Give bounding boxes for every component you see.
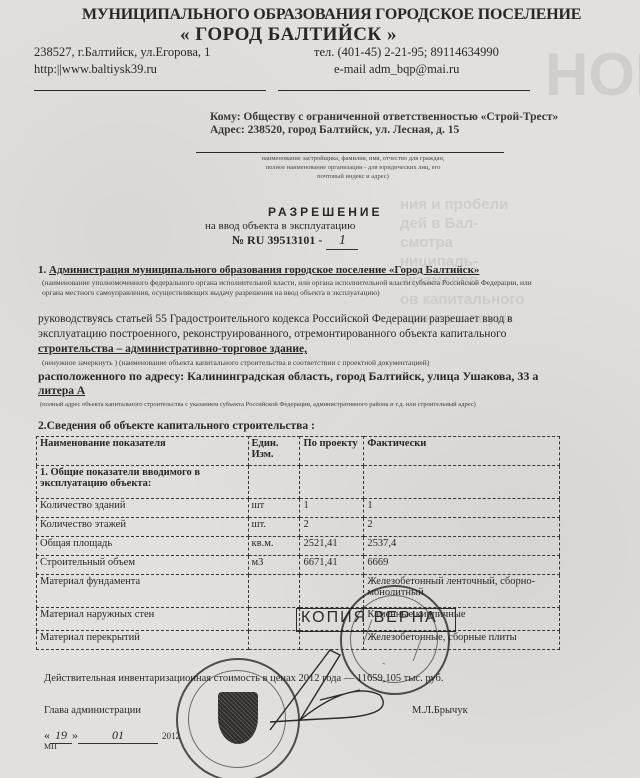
table-row: Количество зданий шт 1 1	[37, 499, 560, 518]
section2-heading: 2.Сведения об объекте капитального строи…	[38, 419, 315, 434]
object-location: расположенного по адресу: Калининградска…	[38, 369, 538, 384]
row-name: Общая площадь	[37, 537, 249, 556]
row-name: Материал фундамента	[37, 575, 249, 608]
column-header: Един. Изм.	[248, 437, 300, 466]
row-actual: 6669	[364, 556, 560, 575]
document-number-value: 1	[326, 233, 358, 250]
row-name: Материал наружных стен	[37, 608, 249, 631]
document-title: РАЗРЕШЕНИЕ	[268, 205, 383, 219]
letterhead-phone: тел. (401-45) 2-21-95; 89114634990	[314, 45, 499, 60]
row-name: Строительный объем	[37, 556, 249, 575]
column-header: Фактически	[364, 437, 560, 466]
scanned-document: НОР ния и пробелидей в Бал-смотраниципал…	[0, 0, 640, 778]
letterhead-city: « ГОРОД БАЛТИЙСК »	[180, 24, 397, 46]
letterhead-website: http:||www.baltiysk39.ru	[34, 62, 157, 77]
row-unit: шт.	[248, 518, 300, 537]
row-unit: м3	[248, 556, 300, 575]
date-month: 01	[78, 728, 158, 744]
section1-heading: 1. Администрация муниципального образова…	[38, 264, 479, 276]
header-divider-right	[278, 90, 530, 91]
signatory-name: М.Л.Брычук	[412, 705, 468, 716]
column-header: Наименование показателя	[37, 437, 249, 466]
bleed-through-text: НОР	[545, 40, 640, 109]
column-header: По проекту	[300, 437, 364, 466]
section1-body-line1: руководствуясь статьей 55 Градостроитель…	[38, 312, 513, 327]
document-number-prefix: № RU 39513101 -	[232, 233, 322, 247]
section1-authority: Администрация муниципального образования…	[49, 264, 479, 276]
signature-scribble	[230, 640, 400, 740]
row-project: 6671,41	[300, 556, 364, 575]
table-row: Количество этажей шт. 2 2	[37, 518, 560, 537]
object-note: (ненужное зачеркнуть ) (наименование объ…	[42, 358, 429, 368]
row-name: Количество зданий	[37, 499, 249, 518]
signatory-role: Глава администрации	[44, 705, 141, 716]
recipient-address: Адрес: 238520, город Балтийск, ул. Лесна…	[210, 124, 459, 136]
table-row: Материал фундамента Железобетонный ленто…	[37, 575, 560, 608]
section1-number: 1.	[38, 264, 46, 276]
row-actual: 2	[364, 518, 560, 537]
section1-heading-note: (наименование уполномоченного федерально…	[42, 278, 542, 298]
table-header-row: Наименование показателя Един. Изм. По пр…	[37, 437, 560, 466]
table-row: Строительный объем м3 6671,41 6669	[37, 556, 560, 575]
row-name: Материал перекрытий	[37, 631, 249, 650]
row-actual: 2537,4	[364, 537, 560, 556]
table-group-row: 1. Общие показатели вводимого в эксплуат…	[37, 466, 560, 499]
bleed-through-text: ния и пробелидей в Бал-смотраниципаль-эк…	[400, 195, 525, 328]
recipient-name: Кому: Обществу с ограниченной ответствен…	[210, 111, 558, 123]
header-divider-left	[34, 90, 266, 91]
document-subtitle: на ввод объекта в эксплуатацию	[205, 220, 355, 232]
group-label: 1. Общие показатели вводимого в эксплуат…	[37, 466, 249, 499]
section1-body-line2: эксплуатацию построенного, реконструиров…	[38, 327, 506, 342]
row-project: 1	[300, 499, 364, 518]
row-actual: 1	[364, 499, 560, 518]
object-location-line2: литера А	[38, 384, 85, 399]
letterhead-title: МУНИЦИПАЛЬНОГО ОБРАЗОВАНИЯ ГОРОДСКОЕ ПОС…	[82, 6, 581, 24]
row-project: 2	[300, 518, 364, 537]
letterhead-address: 238527, г.Балтийск, ул.Егорова, 1	[34, 45, 210, 60]
letterhead-email: e-mail adm_bqp@mai.ru	[334, 62, 459, 77]
row-unit	[248, 575, 300, 608]
row-unit: шт	[248, 499, 300, 518]
object-name: строительства – административно-торговое…	[38, 342, 307, 357]
row-name: Количество этажей	[37, 518, 249, 537]
recipient-note: наименование застройщика, фамилия, имя, …	[258, 154, 448, 181]
signature-date: «19»012012	[44, 728, 180, 744]
table-row: Общая площадь кв.м. 2521,41 2537,4	[37, 537, 560, 556]
row-unit	[248, 608, 300, 631]
document-number: № RU 39513101 -1	[232, 233, 358, 250]
row-unit: кв.м.	[248, 537, 300, 556]
location-note: (полный адрес объекта капитального строи…	[40, 400, 540, 409]
row-project: 2521,41	[300, 537, 364, 556]
recipient-underline	[196, 152, 504, 153]
seal-place-label: МП	[44, 742, 57, 751]
